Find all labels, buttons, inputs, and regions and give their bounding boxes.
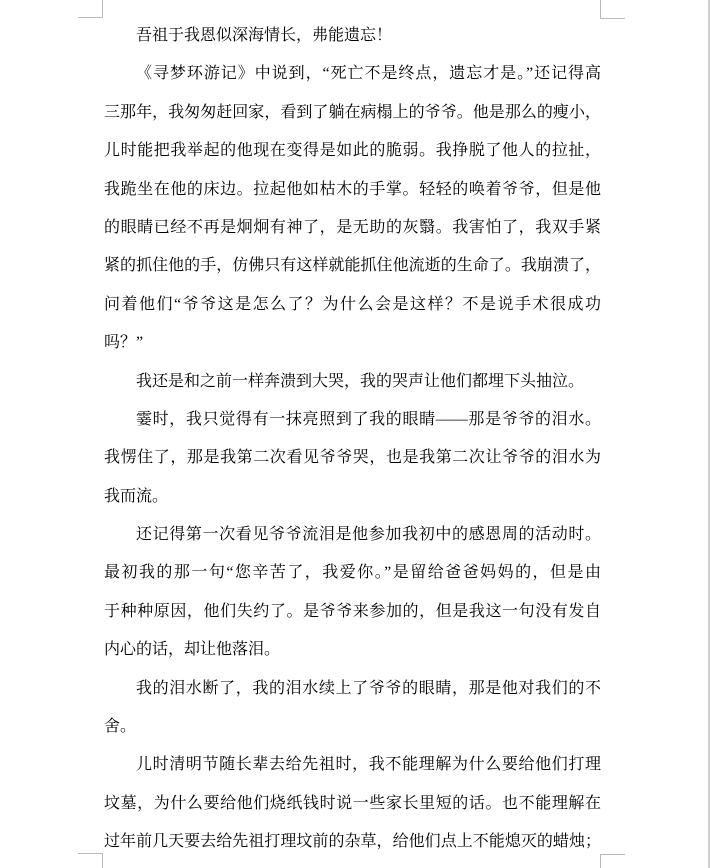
text-line: 儿时能把我举起的他现在变得是如此的脆弱。我挣脱了他人的拉扯， [104, 132, 601, 170]
paragraph: 儿时清明节随长辈去给先祖时，我不能理解为什么要给他们打理坟墓，为什么要给他们烧纸… [104, 746, 601, 861]
text-line: 吾祖于我恩似深海情长，弗能遗忘！ [104, 17, 601, 55]
text-line: 坟墓，为什么要给他们烧纸钱时说一些家长里短的话。也不能理解在 [104, 785, 601, 823]
text-line: 三那年，我匆匆赶回家，看到了躺在病榻上的爷爷。他是那么的瘦小， [104, 94, 601, 132]
text-boundary-mark-bottom-left [78, 853, 103, 868]
text-line: 最初我的那一句“您辛苦了，我爱你。”是留给爸爸妈妈的，但是由 [104, 554, 601, 592]
text-line: 我愣住了，那是我第二次看见爷爷哭，也是我第二次让爷爷的泪水为 [104, 439, 601, 477]
paragraph: 还记得第一次看见爷爷流泪是他参加我初中的感恩周的活动时。最初我的那一句“您辛苦了… [104, 516, 601, 670]
paragraph: 霎时，我只觉得有一抹亮照到了我的眼睛——那是爷爷的泪水。我愣住了，那是我第二次看… [104, 401, 601, 516]
text-line: 我的泪水断了，我的泪水续上了爷爷的眼睛，那是他对我们的不 [104, 670, 601, 708]
text-line: 舍。 [104, 708, 601, 746]
text-line: 我而流。 [104, 478, 601, 516]
text-boundary-mark-top-right [600, 0, 625, 19]
text-line: 儿时清明节随长辈去给先祖时，我不能理解为什么要给他们打理 [104, 746, 601, 784]
text-line: 我跪坐在他的床边。拉起他如枯木的手掌。轻轻的唤着爷爷，但是他 [104, 171, 601, 209]
text-line: 内心的话，却让他落泪。 [104, 631, 601, 669]
paragraph: 我还是和之前一样奔溃到大哭，我的哭声让他们都埋下头抽泣。 [104, 363, 601, 401]
paragraph: 吾祖于我恩似深海情长，弗能遗忘！ [104, 17, 601, 55]
text-line: 于种种原因，他们失约了。是爷爷来参加的，但是我这一句没有发自 [104, 593, 601, 631]
text-line: 问着他们“爷爷这是怎么了？为什么会是这样？不是说手术很成功 [104, 286, 601, 324]
text-line: 还记得第一次看见爷爷流泪是他参加我初中的感恩周的活动时。 [104, 516, 601, 554]
paragraph: 《寻梦环游记》中说到，“死亡不是终点，遗忘才是。”还记得高三那年，我匆匆赶回家，… [104, 55, 601, 362]
text-line: 霎时，我只觉得有一抹亮照到了我的眼睛——那是爷爷的泪水。 [104, 401, 601, 439]
text-line: 紧的抓住他的手，仿佛只有这样就能抓住他流逝的生命了。我崩溃了， [104, 247, 601, 285]
text-line: 的眼睛已经不再是炯炯有神了，是无助的灰翳。我害怕了，我双手紧 [104, 209, 601, 247]
paragraph: 我的泪水断了，我的泪水续上了爷爷的眼睛，那是他对我们的不舍。 [104, 670, 601, 747]
text-line: 过年前几天要去给先祖打理坟前的杂草，给他们点上不能熄灭的蜡烛； [104, 823, 601, 861]
text-boundary-mark-bottom-right [600, 854, 625, 868]
text-line: 吗？” [104, 324, 601, 362]
document-window: { "page": { "background_color": "#ffffff… [0, 0, 710, 868]
text-line: 我还是和之前一样奔溃到大哭，我的哭声让他们都埋下头抽泣。 [104, 363, 601, 401]
text-boundary-mark-top-left [78, 0, 103, 18]
document-text-area[interactable]: 吾祖于我恩似深海情长，弗能遗忘！《寻梦环游记》中说到，“死亡不是终点，遗忘才是。… [104, 17, 601, 868]
text-line: 《寻梦环游记》中说到，“死亡不是终点，遗忘才是。”还记得高 [104, 55, 601, 93]
